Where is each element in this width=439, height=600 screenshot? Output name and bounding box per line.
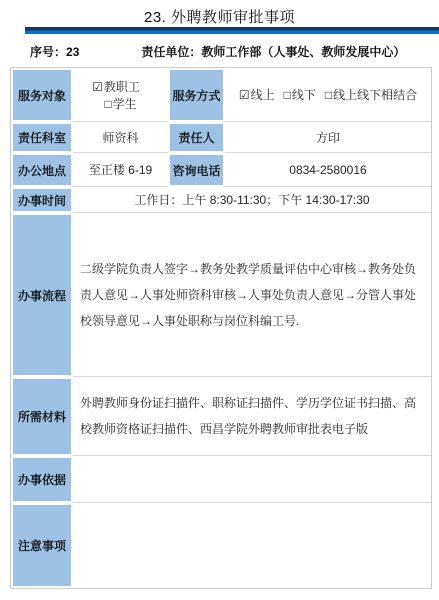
- row-label-notes: 注意事项: [11, 503, 73, 588]
- approval-matter-table: 服务对象 ☑教职工□学生 服务方式 ☑线上□线下□线上线下相结合 责任科室 师资…: [10, 67, 432, 589]
- row-label-phone: 咨询电话: [168, 153, 225, 187]
- checkbox-option[interactable]: □线下: [284, 88, 316, 102]
- checkbox-option[interactable]: ☑教职工: [92, 80, 140, 94]
- office-value: 至正楼 6-19: [73, 153, 168, 187]
- process-value: 二级学院负责人签字→教务处教学质量评估中心审核→教务处负责人意见→人事处师资科审…: [73, 213, 431, 377]
- info-row: 序号：23 责任单位：教师工作部（人事处、教师发展中心）: [0, 34, 439, 67]
- responsible-unit-value: 教师工作部（人事处、教师发展中心）: [201, 45, 405, 59]
- row-label-person: 责任人: [168, 122, 225, 153]
- checkbox-unchecked-icon: □: [104, 97, 111, 111]
- basis-value: [73, 456, 431, 503]
- checkbox-option-label: 线下: [292, 88, 316, 102]
- title-accent-bar: [25, 27, 439, 34]
- notes-value: [73, 503, 431, 588]
- checkbox-option-label: 教职工: [104, 80, 140, 94]
- table-row: 办事依据: [11, 456, 431, 503]
- responsible-unit-label: 责任单位：: [141, 45, 201, 59]
- row-label-materials: 所需材料: [11, 377, 73, 456]
- row-label-service-target: 服务对象: [11, 68, 73, 122]
- table-row: 注意事项: [11, 503, 431, 588]
- person-value: 方印: [225, 122, 431, 153]
- checkbox-unchecked-icon: □: [284, 88, 291, 102]
- table-row: 办事时间 工作日：上午 8:30-11:30；下午 14:30-17:30: [11, 187, 431, 213]
- checkbox-unchecked-icon: □: [325, 88, 332, 102]
- row-label-process: 办事流程: [11, 213, 73, 377]
- row-label-hours: 办事时间: [11, 187, 73, 213]
- row-label-service-mode: 服务方式: [168, 68, 225, 122]
- hours-value: 工作日：上午 8:30-11:30；下午 14:30-17:30: [73, 187, 431, 213]
- service-mode-options: ☑线上□线下□线上线下相结合: [225, 68, 431, 122]
- table-row: 办公地点 至正楼 6-19 咨询电话 0834-2580016: [11, 153, 431, 187]
- table-row: 服务对象 ☑教职工□学生 服务方式 ☑线上□线下□线上线下相结合: [11, 68, 431, 122]
- checkbox-checked-icon: ☑: [92, 80, 103, 94]
- checkbox-option[interactable]: ☑线上: [239, 88, 275, 102]
- serial-value: 23: [66, 45, 79, 59]
- checkbox-option[interactable]: □学生: [104, 97, 136, 111]
- row-label-basis: 办事依据: [11, 456, 73, 503]
- serial-label: 序号：: [30, 45, 66, 59]
- document-page: 23. 外聘教师审批事项 序号：23 责任单位：教师工作部（人事处、教师发展中心…: [0, 0, 439, 600]
- row-label-office: 办公地点: [11, 153, 73, 187]
- page-title: 23. 外聘教师审批事项: [0, 0, 439, 27]
- checkbox-checked-icon: ☑: [239, 88, 250, 102]
- materials-value: 外聘教师身份证扫描件、职称证扫描件、学历学位证书扫描、高校教师资格证扫描件、西昌…: [73, 377, 431, 456]
- table-row: 办事流程 二级学院负责人签字→教务处教学质量评估中心审核→教务处负责人意见→人事…: [11, 213, 431, 377]
- responsible-unit-group: 责任单位：教师工作部（人事处、教师发展中心）: [141, 43, 405, 60]
- checkbox-option-label: 线上线下相结合: [333, 88, 417, 102]
- phone-value: 0834-2580016: [225, 153, 431, 187]
- serial-group: 序号：23: [30, 43, 79, 60]
- checkbox-option-label: 学生: [113, 97, 137, 111]
- checkbox-option[interactable]: □线上线下相结合: [325, 88, 417, 102]
- dept-value: 师资科: [73, 122, 168, 153]
- row-label-dept: 责任科室: [11, 122, 73, 153]
- table-row: 所需材料 外聘教师身份证扫描件、职称证扫描件、学历学位证书扫描、高校教师资格证扫…: [11, 377, 431, 456]
- checkbox-option-label: 线上: [251, 88, 275, 102]
- table-row: 责任科室 师资科 责任人 方印: [11, 122, 431, 153]
- service-target-options: ☑教职工□学生: [73, 68, 168, 122]
